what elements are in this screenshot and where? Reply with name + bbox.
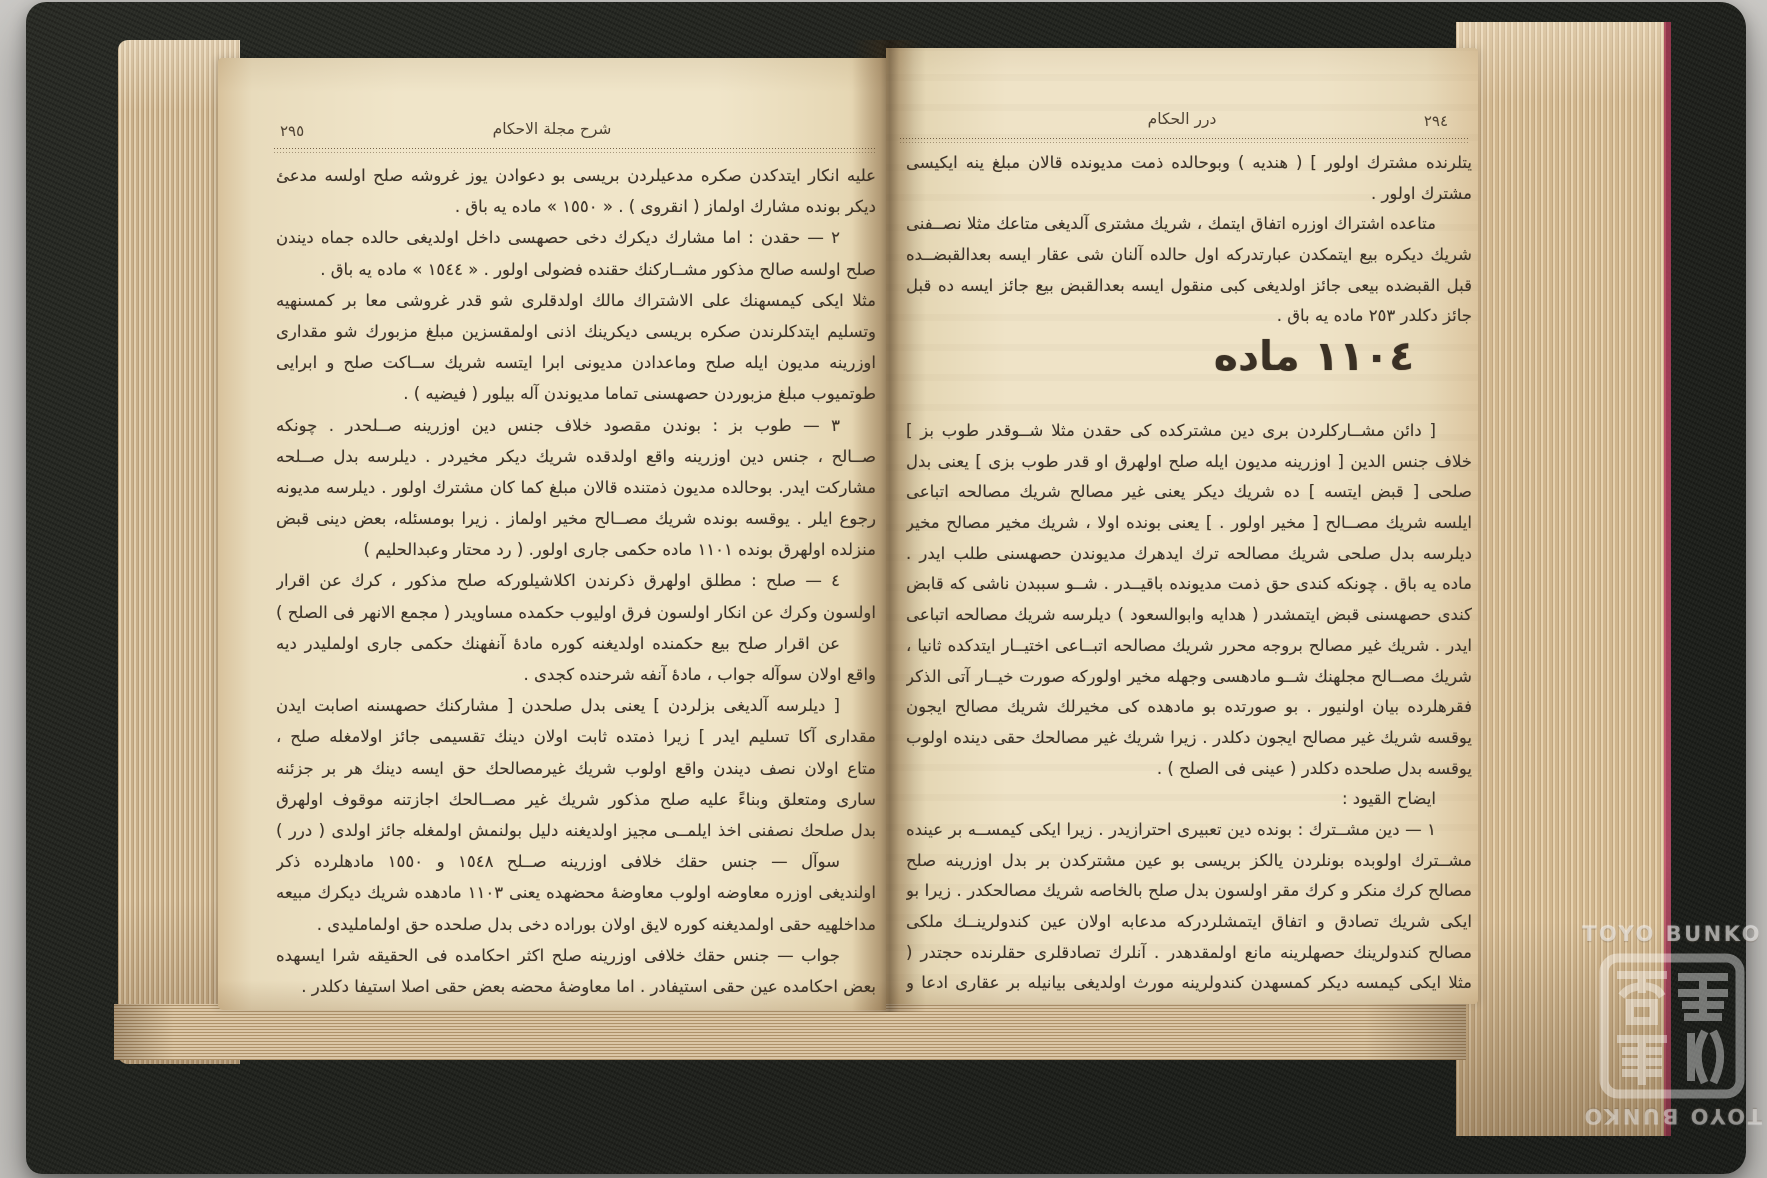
text-line: ايلسه شريك مصــالح [ مخير اولور . ] يعنى… [906, 508, 1472, 539]
text-line: صــالح ، جنس دين اوزرينه واقع اولدقده شر… [276, 441, 876, 472]
text-line: يتلرنده مشترك اولور ] ( هنديه ) وبوحالده… [906, 148, 1472, 179]
text-line: ٢ — حقدن : اما مشارك ديكرك دخى حصهسى داخ… [276, 222, 876, 253]
text-line: ديلرسه بدل صلحى شريك مصالحه ترك ايدهرك م… [906, 539, 1472, 570]
text-line: مقدارى آكا تسليم ايدر ] زيرا ذمتده ثابت … [276, 721, 876, 752]
text-line: جواب — جنس حقك خلافى اوزرينه صلح اكثر اح… [276, 940, 876, 971]
text-line: اولسون وكرك عن انكار اولسون فرق اوليوب ح… [276, 597, 876, 628]
text-line: مداخلهيه حقى اولمديغنه كوره لايق اولان ب… [276, 909, 876, 940]
right-text-column-body: [ دائن مشــاركلردن برى دين مشتركده كى حق… [906, 416, 1472, 999]
article-heading: ١١٠٤ ماده [906, 332, 1472, 380]
text-line: منزلده اولهرق بونده ١١٠١ ماده حكمى جارى … [276, 534, 876, 565]
text-line: ايضاح القيود : [906, 784, 1472, 815]
right-page: ٢٩٤ درر الحكام يتلرنده مشترك اولور ] ( ه… [886, 48, 1478, 1004]
text-line: اولنديغى اوزره معاوضه اولوب معاوضهٔ محضه… [276, 877, 876, 908]
text-line: ديكر بونده مشارك اولماز ( انقروى ) . « ١… [276, 191, 876, 222]
book-photo: ٢٩٥ شرح مجلة الاحكام عليه انكار ايتدكدن … [0, 0, 1767, 1178]
text-line: قبل القبضده بيعى جائز اولديغى كبى منقول … [906, 271, 1472, 302]
text-line: بعض احكامده عين حقى استيفادر . اما معاوض… [276, 971, 876, 1002]
right-text-column-intro: يتلرنده مشترك اولور ] ( هنديه ) وبوحالده… [906, 148, 1472, 332]
text-line: مصالح كندولرينك حصهلرينه مانع اولمقدهدر … [906, 938, 1472, 969]
text-line: اوزرينه مديون ايله صلح وماعدادن مديونى ا… [276, 347, 876, 378]
book-cover: ٢٩٥ شرح مجلة الاحكام عليه انكار ايتدكدن … [26, 2, 1746, 1174]
text-line: [ ديلرسه آلديغى بزلردن ] يعنى بدل صلحدن … [276, 690, 876, 721]
text-line: رجوع ايلر . يوقسه بونده شريك مصــالح مخي… [276, 503, 876, 534]
text-line: متاعده اشتراك اوزره اتفاق ايتمك ، شريك م… [906, 209, 1472, 240]
text-line: مشترك اولور . [906, 179, 1472, 210]
right-page-header-title: درر الحكام [886, 110, 1478, 128]
text-line: شريك مصــالح مجلهنك شــو مادهسى وجهله مخ… [906, 662, 1472, 693]
text-line: بدل صلحك نصفنى اخذ ايلمــى مجيز اولديغنه… [276, 815, 876, 846]
left-page-header-title: شرح مجلة الاحكام [218, 120, 886, 138]
text-line: مثلا ايكى كيمسهنك على الاشتراك مالك اولد… [276, 285, 876, 316]
text-line: عن اقرار صلح بيع حكمنده اولديغنه كوره ما… [276, 628, 876, 659]
text-line: ٣ — طوب بز : بوندن مقصود خلاف جنس دين او… [276, 410, 876, 441]
left-page: ٢٩٥ شرح مجلة الاحكام عليه انكار ايتدكدن … [218, 58, 886, 1010]
text-line: عليه انكار ايتدكدن صكره مدعيلردن بريسى ب… [276, 160, 876, 191]
text-line: فقرهلرده بيان اولنيور . بو صورتده بو ماد… [906, 692, 1472, 723]
text-line: جائز دكلدر ٢٥٣ ماده يه باق . [906, 301, 1472, 332]
text-line: متاع اولان نصف ديندن واقع اولوب شريك غير… [276, 753, 876, 784]
text-line: واقع اولان سوآله جواب ، مادهٔ آنفه شرحند… [276, 659, 876, 690]
text-line: سوآل — جنس حقك خلافى اوزرينه صــلح ١٥٤٨ … [276, 846, 876, 877]
text-line: ايدر . شريك غير مصالح بروجه محرر شريك مص… [906, 631, 1472, 662]
text-line: سارى ومتعلق وبناءً عليه صلح مذكور شريك غ… [276, 784, 876, 815]
header-rule [274, 148, 876, 154]
text-line: ٤ — صلح : مطلق اولهرق ذكرندن اكلاشيلوركه… [276, 565, 876, 596]
right-page-edges [1456, 22, 1666, 1136]
text-line: يوقسه شريك غير مصالح ايجون دكلدر . زيرا … [906, 723, 1472, 754]
bottom-page-edges [114, 1004, 1466, 1060]
text-line: مثلا ايكى كيمسه ديكر كمسهدن كندولرينه مو… [906, 968, 1472, 999]
text-line: صلح اولسه صالح مذكور مشــاركنك حقنده فضو… [276, 254, 876, 285]
text-line: ١ — دين مشــترك : بونده دين تعبيرى احترا… [906, 815, 1472, 846]
text-line: وتسليم ايتدكلرندن صكره بريسى ديكرينك اذن… [276, 316, 876, 347]
text-line: مشــترك اولوبده بونلردن يالكز بريسى بو ع… [906, 846, 1472, 877]
text-line: [ دائن مشــاركلردن برى دين مشتركده كى حق… [906, 416, 1472, 447]
text-line: طوتميوب مبلغ مزبوردن حصهسنى تماما مديوند… [276, 378, 876, 409]
text-line: يوقسه بدل صلحده دكلدر ( عينى فى الصلح ) … [906, 754, 1472, 785]
text-line: صلحى [ قبض ايتسه ] ده شريك ديكر يعنى غير… [906, 477, 1472, 508]
text-line: ايكى شريك تصادق و اتفاق ايتمشلردركه مدعا… [906, 907, 1472, 938]
text-line: مشاركت ايدر. بوحالده مديون ذمتنده قالان … [276, 472, 876, 503]
header-rule [900, 138, 1468, 144]
text-line: كندى حصهسنى قبض ايتمشدر ( هدايه وابوالسع… [906, 600, 1472, 631]
left-text-column: عليه انكار ايتدكدن صكره مدعيلردن بريسى ب… [276, 160, 876, 1002]
fore-edge-red-line [1664, 22, 1671, 1136]
text-line: مصالح كرك منكر و كرك مقر اولسون بدل صلح … [906, 876, 1472, 907]
text-line: ماده يه باق . چونكه كندى حق ذمت مديونده … [906, 569, 1472, 600]
text-line: شريك ديكره بيع ايتمكدن عبارتدركه اول حال… [906, 240, 1472, 271]
text-line: خلاف جنس الدين [ اوزرينه مديون ايله صلح … [906, 447, 1472, 478]
